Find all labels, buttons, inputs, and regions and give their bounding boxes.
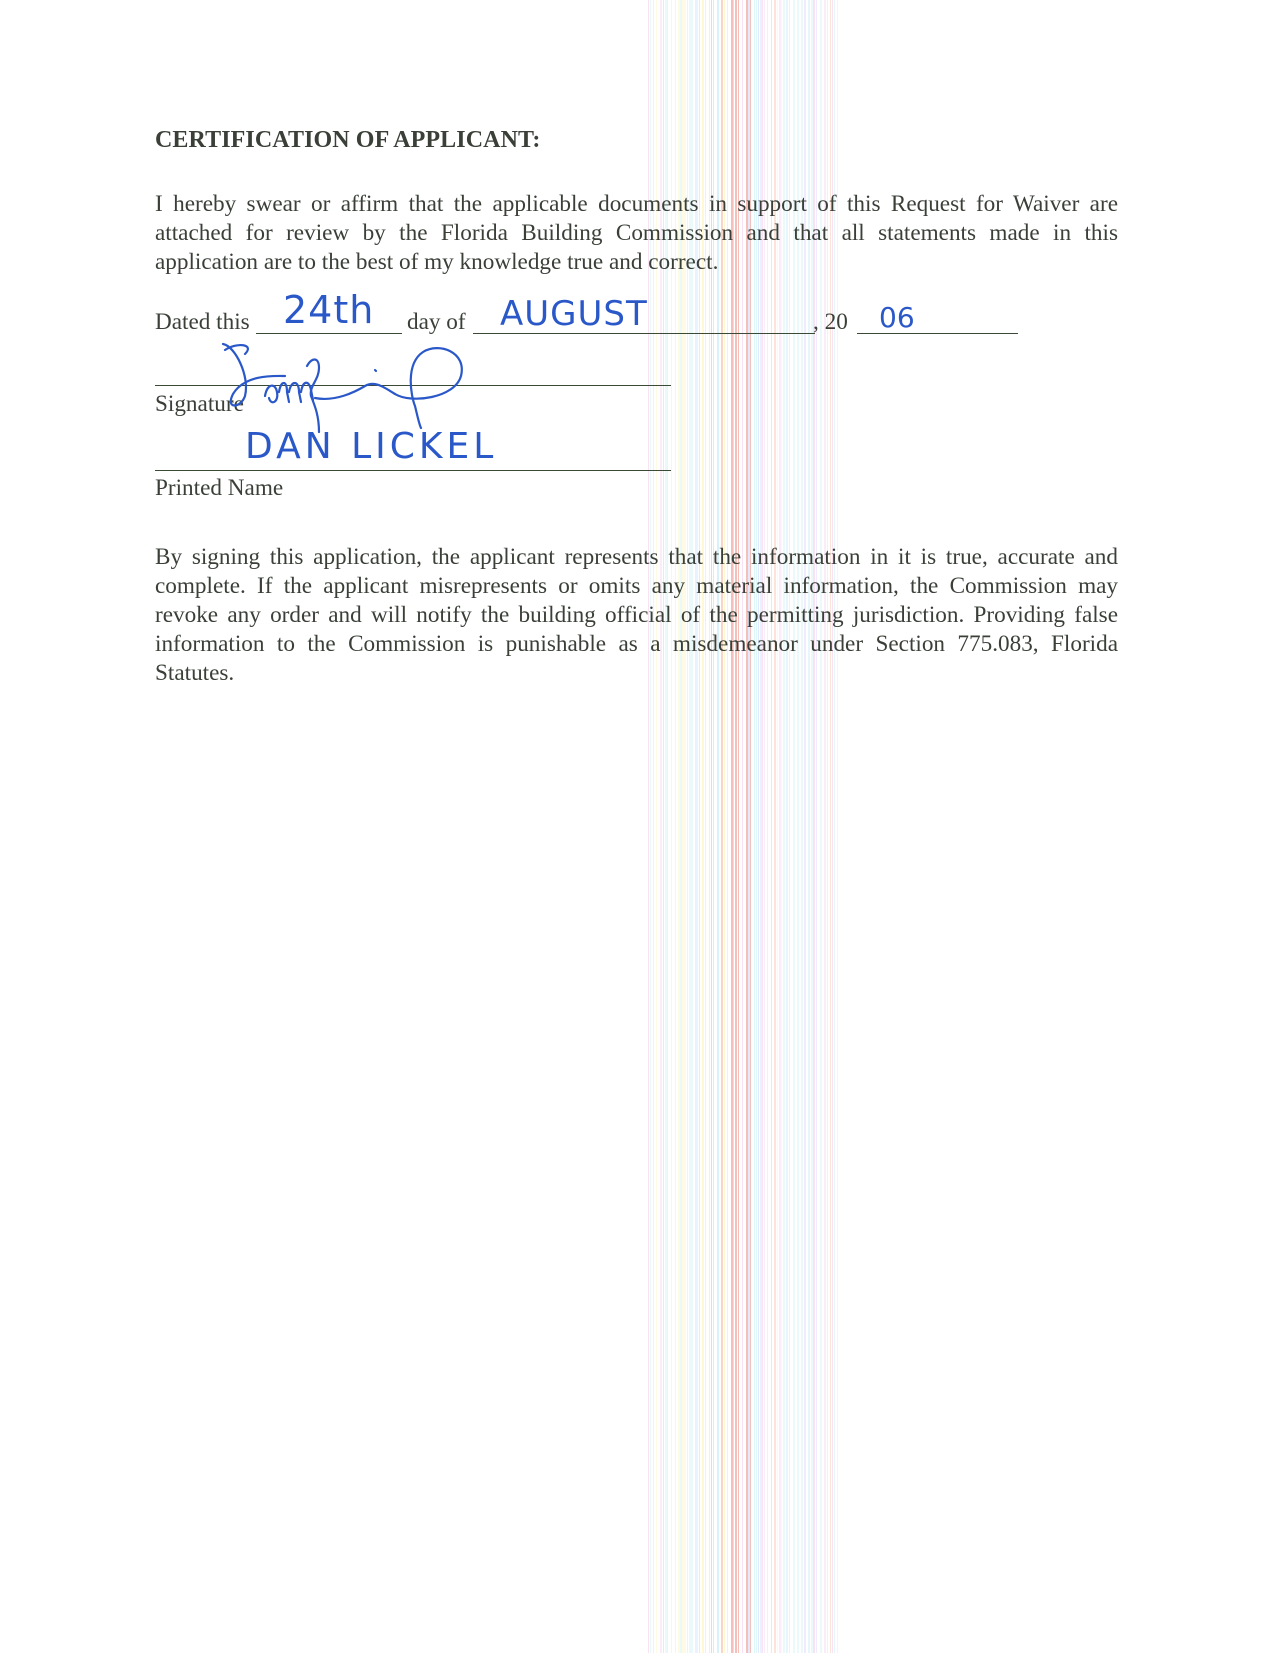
dated-this-label: Dated this [155,309,250,336]
printed-name-field[interactable] [155,470,671,471]
month-handwritten-value: AUGUST [500,294,648,334]
year-handwritten-value: 06 [879,301,915,334]
printed-name-handwritten-value: DAN LICKEL [245,426,497,467]
day-of-label: day of [407,309,466,336]
date-line: Dated this 24th day of AUGUST , 20 06 [155,306,1118,340]
disclaimer-paragraph: By signing this application, the applica… [155,543,1118,688]
section-heading: CERTIFICATION OF APPLICANT: [155,127,540,154]
certification-paragraph: I hereby swear or affirm that the applic… [155,190,1118,277]
year-prefix-label: , 20 [813,309,848,336]
day-handwritten-value: 24th [283,288,374,332]
printed-name-label: Printed Name [155,475,283,502]
day-field[interactable] [256,333,402,334]
